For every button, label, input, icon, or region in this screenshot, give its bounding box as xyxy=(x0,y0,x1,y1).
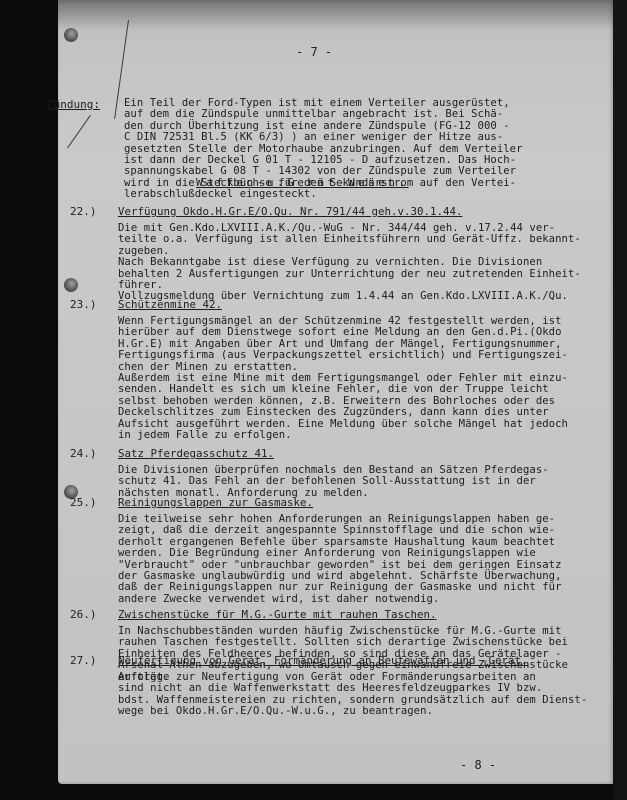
page-number-top: - 7 - xyxy=(296,45,332,59)
scan-shadow xyxy=(58,0,614,30)
punch-hole xyxy=(64,28,78,42)
item-title: Zwischenstücke für M.G.-Gurte mit rauhen… xyxy=(118,608,437,621)
item-title: Verfügung Okdo.H.Gr.E/O.Qu. Nr. 791/44 g… xyxy=(118,205,463,218)
item-body: Die mit Gen.Kdo.LXVIII.A.K./Qu.-WuG - Nr… xyxy=(118,223,581,303)
item-body: Die teilweise sehr hohen Anforderungen a… xyxy=(118,514,562,605)
item-title: Schützenmine 42. xyxy=(118,298,222,311)
item-body: Die Divisionen überprüfen nochmals den B… xyxy=(118,465,549,499)
item-body: Aufträge zur Neufertigung von Gerät oder… xyxy=(118,672,587,718)
item-number: 24.) xyxy=(70,447,97,460)
item-number: 25.) xyxy=(70,496,97,509)
page-number-bottom: - 8 - xyxy=(460,758,496,772)
scan-border xyxy=(613,0,627,800)
section-heading: Waffen-u.Gerät-Wesen. xyxy=(196,176,409,189)
item-number: 26.) xyxy=(70,608,97,621)
item-title: Neufertigung von Gerät, Formänderung an … xyxy=(118,654,528,667)
item-title: Reinigungslappen zur Gasmaske. xyxy=(118,496,313,509)
intro-label: Zündung: xyxy=(47,98,100,111)
punch-hole xyxy=(64,278,78,292)
item-title: Satz Pferdegasschutz 41. xyxy=(118,447,274,460)
pen-mark xyxy=(67,115,91,148)
item-body: Wenn Fertigungsmängel an der Schützenmin… xyxy=(118,316,568,441)
item-number: 23.) xyxy=(70,298,97,311)
item-number: 27.) xyxy=(70,654,97,667)
item-number: 22.) xyxy=(70,205,97,218)
